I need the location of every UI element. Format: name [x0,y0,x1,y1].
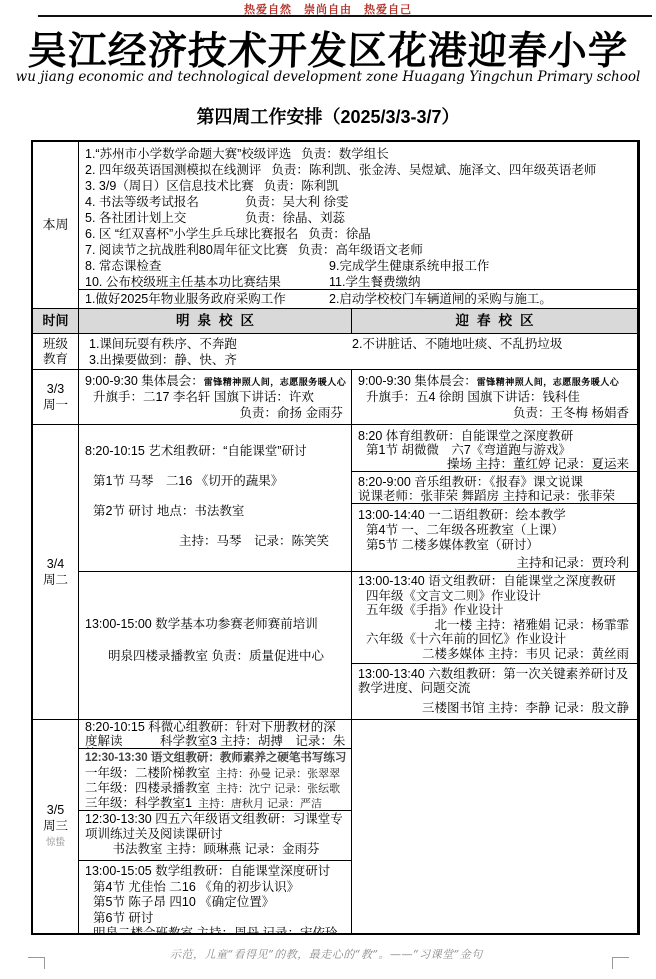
host-recorder-line: 主持和记录：贾玲利 [358,555,633,570]
grade-line: 二年级：四楼录播教室主持：沈宁 记录：张纭歌 [85,780,347,795]
grade-room: 三年级：科学教室1 [85,795,192,810]
mingquan-wednesday-column: 8:20-10:15 科微心组教研：针对下册教材的深度解读 科学教室3 主持：胡… [79,720,352,933]
task-text: 1.做好2025年物业服务政府采购工作 [85,291,329,307]
activity-line: 第5节 陈子昂 四10 《确定位置》 [85,894,347,910]
week-task-pair: 10. 公布校级班主任基本功比赛结果11.学生餐费缴纳 [85,274,633,290]
label-line: 教育 [43,352,68,367]
schedule-document-page: 热爱自然 崇尚自由 热爱自己 吴江经济技术开发区花港迎春小学 wu jiang … [0,0,656,979]
wednesday-label: 3/5 周三 惊蛰 [33,720,79,933]
owner-line: 负责：俞扬 金雨芬 [85,405,347,421]
activity-line: 四年级《文言文二则》作业设计 [358,589,633,604]
task-owner: 负责：高年级语文老师 [298,242,423,258]
host-recorder-line: 三楼图书馆 主持：李静 记录：殷文静 [358,700,633,716]
week-task: 7. 阅读节之抗战胜利80周年征文比赛负责：高年级语文老师 [85,242,633,258]
class-education-content: 1.课间玩耍有秩序、不奔跑 2.不讲脏话、不随地吐痰、不乱扔垃圾 3.出操要做到… [79,334,637,369]
task-text: 10. 公布校级班主任基本功比赛结果 [85,274,329,290]
activity-line: 8:20 体育组教研：自能课堂之深度教研 [358,428,633,442]
task-text: 2.启动学校校门车辆道闸的采购与施工。 [329,291,552,307]
task-text: 1.“苏州市小学数学命题大赛”校级评选 [85,146,291,162]
week-task: 5. 各社团计划上交负责：徐晶、刘蕊 [85,210,633,226]
task-text: 3. 3/9（周日）区信息技术比赛 [85,178,254,194]
mingquan-tuesday-column: 8:20-10:15 艺术组教研：“自能课堂”研讨 第1节 马琴 二16 《切开… [79,425,352,719]
task-text: 8. 常态课检查 [85,258,329,274]
activity-line: 第4节 一、二年级各班教室（上课） [358,522,633,537]
grade456-chinese-research-cell: 12:30-13:30 四五六年级语文组教研：习课堂专项训练过关及阅读课研讨 书… [79,810,351,860]
activity-line: 8:20-10:15 科微心组教研：针对下册教材的深度解读 科学教室3 主持：胡… [85,721,347,748]
week-task: 2. 四年级英语国测模拟在线测评负责：陈利凯、张金涛、吴煜斌、施泽文、四年级英语… [85,162,633,178]
weekly-schedule-table: 本周 1.“苏州市小学数学命题大赛”校级评选负责：数学组长 2. 四年级英语国测… [31,140,640,935]
task-owner: 负责：吴大利 徐雯 [245,194,348,210]
class-education-row: 班级 教育 1.课间玩耍有秩序、不奔跑 2.不讲脏话、不随地吐痰、不乱扔垃圾 3… [33,333,637,369]
mingquan-campus-header: 明泉校区 [79,309,352,333]
activity-line: 第5节 二楼多媒体教室（研讨） [358,537,633,552]
grade12-chinese-research-cell: 13:00-14:40 一二语组教研：绘本教学 第4节 一、二年级各班教室（上课… [352,503,637,571]
task-text: 6. 区 “红双喜杯”小学生乒乓球比赛报名 [85,226,298,242]
assembly-theme: 雷锋精神照人间，志愿服务暖人心 [204,377,347,387]
week-task-pair: 8. 常态课检查9.完成学生健康系统申报工作 [85,258,633,274]
label-line: 班级 [43,337,68,352]
activity-line: 12:30-13:30 语文组教研：教师素养之硬笔书写练习 [85,750,347,765]
monday-row: 3/3 周一 9:00-9:30 集体晨会：雷锋精神照人间，志愿服务暖人心 升旗… [33,369,637,424]
host-recorder-line: 主持：沈宁 记录：张纭歌 [216,781,340,797]
task-text: 7. 阅读节之抗战胜利80周年征文比赛 [85,242,288,258]
campus-header-row: 时间 明泉校区 迎春校区 [33,308,637,333]
activity-line: 第6节 研讨 [85,910,347,926]
date-label: 3/4 [47,556,64,572]
location-owner-line: 明泉四楼录播教室 负责：质量促进中心 [85,648,347,664]
activity-line: 8:20-10:15 艺术组教研：“自能课堂”研讨 [85,443,347,459]
grade6-math-research-cell: 13:00-13:40 六数组教研：第一次关键素养研讨及教学进度、问题交流 三楼… [352,663,637,719]
task-owner: 负责：徐晶 [308,226,371,242]
week-overview-content: 1.“苏州市小学数学命题大赛”校级评选负责：数学组长 2. 四年级英语国测模拟在… [79,142,637,308]
week-task: 4. 书法等级考试报名负责：吴大利 徐雯 [85,194,633,210]
activity-line: 六年级《十六年前的回忆》作业设计 [358,632,633,647]
host-recorder-line: 二楼多媒体 主持：韦贝 记录：黄丝雨 [358,647,633,662]
activity-line: 第2节 研讨 地点：书法教室 [85,503,347,519]
date-label: 3/5 [47,802,64,818]
host-recorder-line: 主持：唐秋月 记录：严洁 [198,796,322,810]
wednesday-row: 3/5 周三 惊蛰 8:20-10:15 科微心组教研：针对下册教材的深度解读 … [33,719,637,933]
math-contest-training-cell: 13:00-15:00 数学基本功参赛老师赛前培训 明泉四楼录播教室 负责：质量… [79,571,351,719]
week-task: 6. 区 “红双喜杯”小学生乒乓球比赛报名负责：徐晶 [85,226,633,242]
science-group-research-cell: 8:20-10:15 科微心组教研：针对下册教材的深度解读 科学教室3 主持：胡… [79,720,351,748]
class-rule: 3.出操要做到：静、快、齐 [89,352,633,368]
weekday-label: 周三 [43,818,68,834]
week-overview-row: 本周 1.“苏州市小学数学命题大赛”校级评选负责：数学组长 2. 四年级英语国测… [33,142,637,308]
yingchun-tuesday-column: 8:20 体育组教研：自能课堂之深度教研 第1节 胡微微 六7《弯道跑与游戏》 … [352,425,637,719]
task-text: 11.学生餐费缴纳 [329,274,420,290]
activity-line: 13:00-13:40 六数组教研：第一次关键素养研讨及教学进度、问题交流 [358,667,633,695]
assembly-time: 9:00-9:30 集体晨会： [358,374,477,388]
host-recorder-line: 主持：马琴 记录：陈笑笑 [85,533,347,549]
week-task: 1.“苏州市小学数学命题大赛”校级评选负责：数学组长 [85,146,633,162]
mingquan-assembly-cell: 9:00-9:30 集体晨会：雷锋精神照人间，志愿服务暖人心 升旗手：二17 李… [79,370,352,424]
task-owner: 负责：陈利凯、张金涛、吴煜斌、施泽文、四年级英语老师 [271,162,596,178]
math-group-research-cell: 13:00-15:05 数学组教研：自能课堂深度研讨 第4节 尤佳怡 二16 《… [79,860,351,933]
task-text: 5. 各社团计划上交 [85,210,235,226]
host-recorder-line: 主持：孙曼 记录：张翠翠 [216,766,340,782]
activity-line: 第1节 胡微微 六7《弯道跑与游戏》 [358,442,633,456]
campus-name: 明泉校区 [168,313,262,329]
assembly-time: 9:00-9:30 集体晨会： [85,374,204,388]
activity-line: 13:00-15:05 数学组教研：自能课堂深度研讨 [85,863,347,879]
activity-line: 第1节 马琴 二16 《切开的蔬果》 [85,473,347,489]
host-recorder-line: 说课老师：张菲荣 舞蹈房 主持和记录：张菲荣 [358,488,633,502]
week-task: 3. 3/9（周日）区信息技术比赛负责：陈利凯 [85,178,633,194]
assembly-time-line: 9:00-9:30 集体晨会：雷锋精神照人间，志愿服务暖人心 [358,373,633,389]
activity-line: 13:00-13:40 语文组教研：自能课堂之深度教研 [358,574,633,589]
time-column-header: 时间 [33,309,79,333]
tuesday-row: 3/4 周二 8:20-10:15 艺术组教研：“自能课堂”研讨 第1节 马琴 … [33,424,637,719]
host-recorder-line: 操场 主持：董红婷 记录：夏运来 [358,456,633,470]
host-recorder-line: 书法教室 主持：顾琳燕 记录：金雨芬 [85,842,347,858]
activity-line: 12:30-13:30 四五六年级语文组教研：习课堂专项训练过关及阅读课研讨 [85,812,347,842]
activity-line: 8:20-9:00 音乐组教研：《报春》课文说课 [358,474,633,488]
task-text: 2. 四年级英语国测模拟在线测评 [85,162,261,178]
flag-raiser-line: 升旗手：二17 李名轩 国旗下讲话：许欢 [85,389,347,405]
facility-task-subrow: 1.做好2025年物业服务政府采购工作 2.启动学校校门车辆道闸的采购与施工。 [79,289,637,308]
pe-group-research-cell: 8:20 体育组教研：自能课堂之深度教研 第1节 胡微微 六7《弯道跑与游戏》 … [352,425,637,471]
monday-label: 3/3 周一 [33,370,79,424]
assembly-time-line: 9:00-9:30 集体晨会：雷锋精神照人间，志愿服务暖人心 [85,373,347,389]
class-education-label: 班级 教育 [33,334,79,369]
solar-term-label: 惊蛰 [46,835,65,851]
owner-line: 负责：王冬梅 杨娟香 [358,405,633,421]
footer-quote: 示范，儿童“看得见”的教，最走心的“教”。——“习课堂”金句 [170,946,483,962]
yingchun-assembly-cell: 9:00-9:30 集体晨会：雷锋精神照人间，志愿服务暖人心 升旗手：五4 徐朗… [352,370,637,424]
page-title: 第四周工作安排（2025/3/3-3/7） [0,103,656,129]
task-text: 4. 书法等级考试报名 [85,194,235,210]
task-text: 9.完成学生健康系统申报工作 [329,258,489,274]
campus-name: 迎春校区 [448,313,542,329]
task-owner: 负责：数学组长 [301,146,389,162]
week-row-label: 本周 [33,142,79,308]
weekday-label: 周二 [43,572,68,588]
weekday-label: 周一 [43,397,68,413]
grade-room: 二年级：四楼录播教室 [85,780,210,796]
flag-raiser-line: 升旗手：五4 徐朗 国旗下讲话：钱科佳 [358,389,633,405]
task-owner: 负责：徐晶、刘蕊 [245,210,345,226]
handwriting-practice-cell: 12:30-13:30 语文组教研：教师素养之硬笔书写练习 一年级：二楼阶梯教室… [79,748,351,810]
chinese-group-research-cell: 13:00-13:40 语文组教研：自能课堂之深度教研 四年级《文言文二则》作业… [352,571,637,663]
class-rule: 2.不讲脏话、不随地吐痰、不乱扔垃圾 [352,336,562,352]
activity-line: 13:00-14:40 一二语组教研：绘本教学 [358,507,633,522]
header-divider [38,15,652,17]
grade-line: 一年级：二楼阶梯教室主持：孙曼 记录：张翠翠 [85,765,347,780]
school-name-calligraphy: 吴江经济技术开发区花港迎春小学 [0,20,656,76]
tuesday-label: 3/4 周二 [33,425,79,719]
yingchun-campus-header: 迎春校区 [352,309,637,333]
date-label: 3/3 [47,381,64,397]
activity-line: 13:00-15:00 数学基本功参赛老师赛前培训 [85,616,347,632]
grade-line: 三年级：科学教室1主持：唐秋月 记录：严洁 [85,795,347,810]
crop-mark-bottom-right [612,957,629,969]
class-rule: 1.课间玩耍有秩序、不奔跑 [89,336,352,352]
week-task-list: 1.“苏州市小学数学命题大赛”校级评选负责：数学组长 2. 四年级英语国测模拟在… [79,142,637,289]
art-group-research-cell: 8:20-10:15 艺术组教研：“自能课堂”研讨 第1节 马琴 二16 《切开… [79,425,351,571]
music-group-research-cell: 8:20-9:00 音乐组教研：《报春》课文说课 说课老师：张菲荣 舞蹈房 主持… [352,471,637,503]
task-owner: 负责：陈利凯 [264,178,339,194]
activity-line: 五年级《手指》作业设计 [358,603,633,618]
class-rules-line: 1.课间玩耍有秩序、不奔跑 2.不讲脏话、不随地吐痰、不乱扔垃圾 [89,336,633,352]
yingchun-wednesday-empty-cell [352,720,637,933]
assembly-theme: 雷锋精神照人间，志愿服务暖人心 [477,377,620,387]
grade-room: 一年级：二楼阶梯教室 [85,765,210,781]
school-name-english: wu jiang economic and technological deve… [0,69,656,85]
crop-mark-bottom-left [28,957,45,969]
host-recorder-line: 北一楼 主持：褚雅娟 记录：杨霏霏 [358,618,633,633]
host-recorder-line: 明泉二楼合班教室 主持：周丹 记录：宋依玲 [85,925,347,933]
activity-line: 第4节 尤佳怡 二16 《角的初步认识》 [85,879,347,895]
